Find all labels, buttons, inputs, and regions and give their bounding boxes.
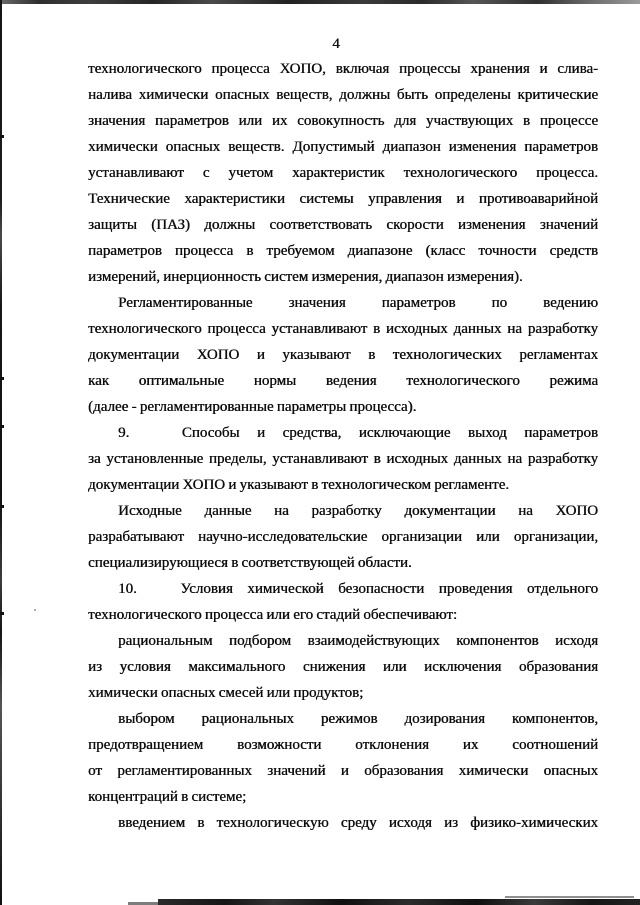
document-line: от регламентированных значений и образов… — [88, 758, 598, 784]
document-line: как оптимальные нормы ведения технологич… — [88, 368, 598, 394]
document-line: документации ХОПО и указывают в технолог… — [88, 342, 598, 368]
document-line: измерений, инерционность систем измерени… — [88, 264, 598, 290]
document-line: технологического процесса устанавливают … — [88, 316, 598, 342]
document-line: разрабатывают научно-исследовательские о… — [88, 524, 598, 550]
document-line: концентраций в системе; — [88, 784, 598, 810]
scan-edge-bottom-thin — [505, 896, 634, 898]
document-line: защиты (ПАЗ) должны соответствовать скор… — [88, 212, 598, 238]
document-line: введением в технологическую среду исходя… — [88, 810, 598, 836]
scan-speck — [34, 609, 36, 611]
page-number: 4 — [88, 35, 584, 53]
document-line: химически опасных смесей или продуктов; — [88, 680, 598, 706]
document-line: рациональным подбором взаимодействующих … — [88, 628, 598, 654]
scanned-document-page: { "page_number": "4", "colors": { "paper… — [0, 0, 640, 905]
document-line: Технические характеристики системы управ… — [88, 186, 598, 212]
document-line: параметров процесса в требуемом диапазон… — [88, 238, 598, 264]
document-line: предотвращением возможности отклонения и… — [88, 732, 598, 758]
document-line: Регламентированные значения параметров п… — [88, 290, 598, 316]
document-line: за установленные пределы, устанавливают … — [88, 446, 598, 472]
scan-tick-mark — [0, 377, 4, 380]
document-line: 10. Условия химической безопасности пров… — [88, 576, 598, 602]
scan-tick-mark — [0, 505, 4, 508]
document-line: (далее - регламентированные параметры пр… — [88, 394, 598, 420]
document-line: химически опасных веществ. Допустимый ди… — [88, 134, 598, 160]
scan-tick-mark — [0, 135, 4, 138]
document-line: устанавливают с учетом характеристик тех… — [88, 160, 598, 186]
scan-edge-top — [0, 0, 640, 4]
document-line: 9. Способы и средства, исключающие выход… — [88, 420, 598, 446]
document-line: из условия максимального снижения или ис… — [88, 654, 598, 680]
scan-edge-bottom — [158, 899, 640, 905]
document-line: Исходные данные на разработку документац… — [88, 498, 598, 524]
document-line: технологического процесса или его стадий… — [88, 602, 598, 628]
document-line: специализирующиеся в соответствующей обл… — [88, 550, 598, 576]
document-line: технологического процесса ХОПО, включая … — [88, 56, 598, 82]
scan-tick-mark — [0, 425, 4, 428]
scan-tick-mark — [0, 612, 4, 615]
document-line: выбором рациональных режимов дозирования… — [88, 706, 598, 732]
document-line: налива химически опасных веществ, должны… — [88, 82, 598, 108]
document-line: документации ХОПО и указывают в технолог… — [88, 472, 598, 498]
text-block: технологического процесса ХОПО, включая … — [88, 56, 598, 836]
document-line: значения параметров или их совокупность … — [88, 108, 598, 134]
